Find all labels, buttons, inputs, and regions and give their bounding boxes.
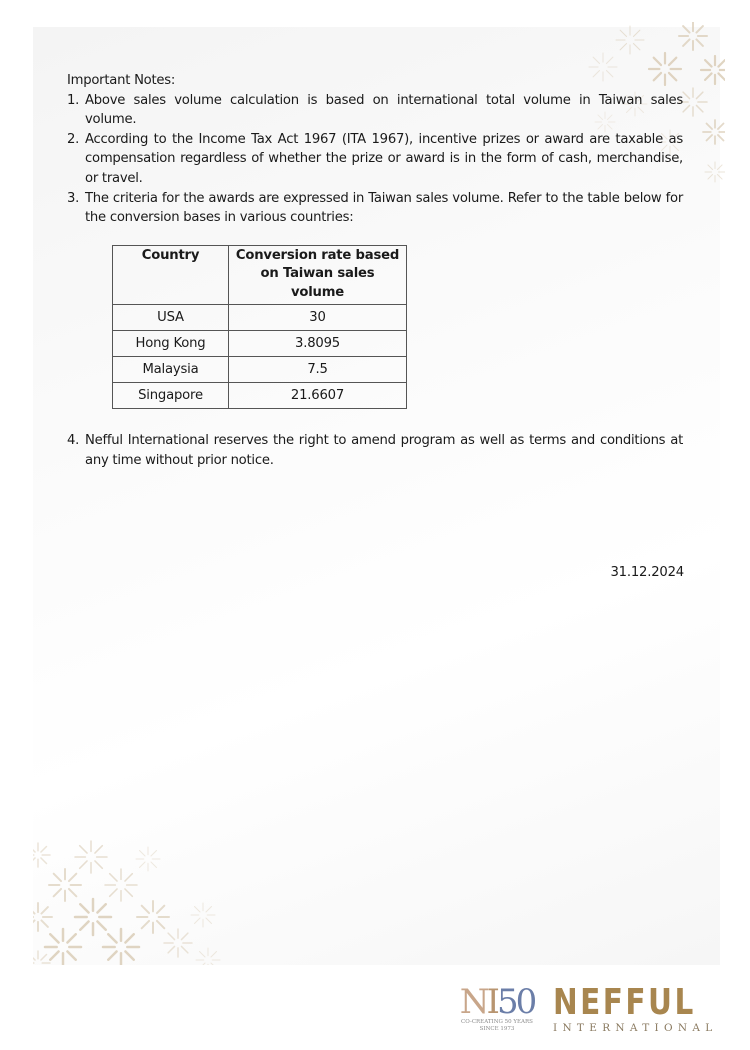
note-text: The criteria for the awards are expresse… bbox=[85, 191, 683, 226]
country-cell: Hong Kong bbox=[113, 331, 229, 357]
anniversary-logo: NI50 CO-CREATING 50 YEARS SINCE 1973 bbox=[456, 985, 538, 1033]
rate-cell: 21.6607 bbox=[229, 383, 407, 409]
conversion-rate-table: Country Conversion rate based on Taiwan … bbox=[112, 245, 407, 410]
country-cell: Singapore bbox=[113, 383, 229, 409]
rate-cell: 3.8095 bbox=[229, 331, 407, 357]
note-item: 1. Above sales volume calculation is bas… bbox=[67, 91, 683, 130]
notes-list-continued: 4. Nefful International reserves the rig… bbox=[67, 431, 683, 470]
note-number: 3. bbox=[67, 189, 79, 209]
note-text: Nefful International reserves the right … bbox=[85, 433, 683, 468]
table-header-row: Country Conversion rate based on Taiwan … bbox=[113, 245, 407, 305]
note-item: 2. According to the Income Tax Act 1967 … bbox=[67, 130, 683, 189]
document-date: 31.12.2024 bbox=[610, 565, 684, 580]
notes-section: Important Notes: 1. Above sales volume c… bbox=[67, 71, 683, 470]
note-item: 3. The criteria for the awards are expre… bbox=[67, 189, 683, 228]
note-item: 4. Nefful International reserves the rig… bbox=[67, 431, 683, 470]
table-row: Singapore 21.6607 bbox=[113, 383, 407, 409]
note-number: 4. bbox=[67, 431, 79, 451]
brand-subtitle: INTERNATIONAL bbox=[553, 1022, 718, 1034]
notes-heading: Important Notes: bbox=[67, 71, 683, 91]
anniversary-tagline: CO-CREATING 50 YEARS bbox=[456, 1019, 538, 1026]
ni50-mark: NI50 bbox=[456, 985, 538, 1019]
column-header-conversion-rate: Conversion rate based on Taiwan sales vo… bbox=[229, 245, 407, 305]
notes-list: 1. Above sales volume calculation is bas… bbox=[67, 91, 683, 228]
table-row: Hong Kong 3.8095 bbox=[113, 331, 407, 357]
note-number: 2. bbox=[67, 130, 79, 150]
anniversary-since: SINCE 1973 bbox=[456, 1026, 538, 1033]
rate-cell: 7.5 bbox=[229, 357, 407, 383]
country-cell: USA bbox=[113, 305, 229, 331]
column-header-country: Country bbox=[113, 245, 229, 305]
brand-name: NEFFUL bbox=[553, 985, 688, 1021]
table-row: USA 30 bbox=[113, 305, 407, 331]
note-text: According to the Income Tax Act 1967 (IT… bbox=[85, 132, 683, 186]
note-text: Above sales volume calculation is based … bbox=[85, 93, 683, 128]
nefful-brand-logo: NEFFUL INTERNATIONAL bbox=[553, 985, 718, 1034]
country-cell: Malaysia bbox=[113, 357, 229, 383]
note-number: 1. bbox=[67, 91, 79, 111]
table-row: Malaysia 7.5 bbox=[113, 357, 407, 383]
rate-cell: 30 bbox=[229, 305, 407, 331]
